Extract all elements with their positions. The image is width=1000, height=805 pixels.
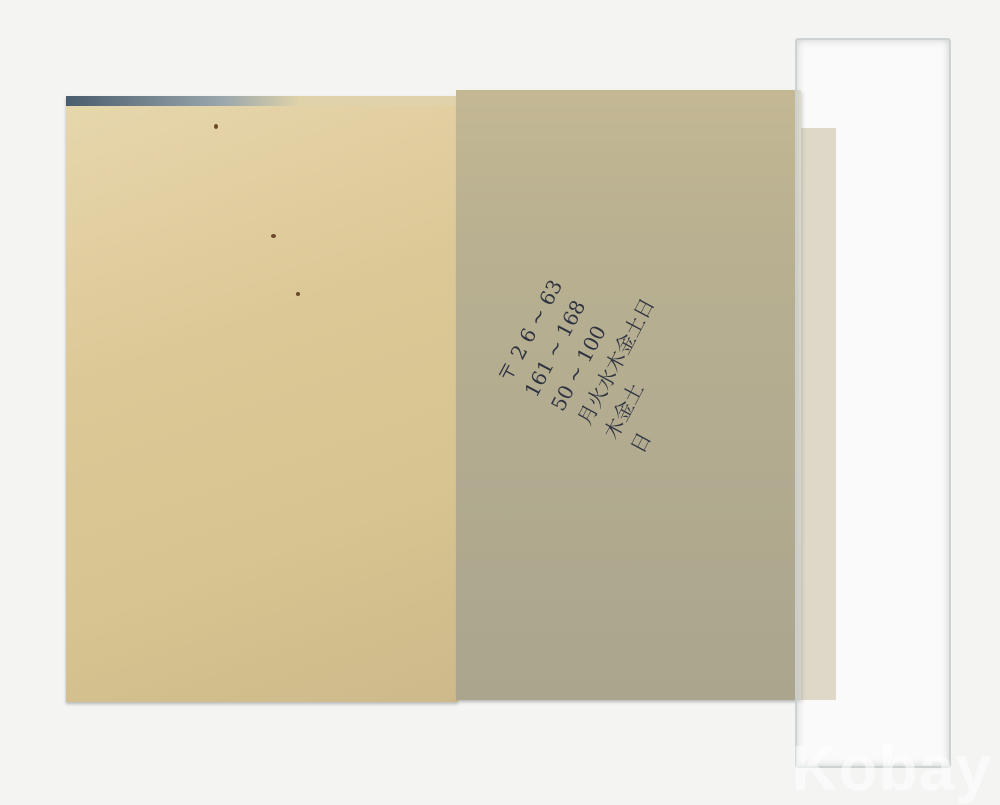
acrylic-ruler <box>795 38 951 768</box>
stain <box>296 292 300 296</box>
stain <box>214 124 218 129</box>
stain <box>271 234 276 238</box>
watermark: Kobay <box>791 731 992 805</box>
left-page <box>66 96 458 702</box>
book-spine-edge <box>66 96 458 106</box>
